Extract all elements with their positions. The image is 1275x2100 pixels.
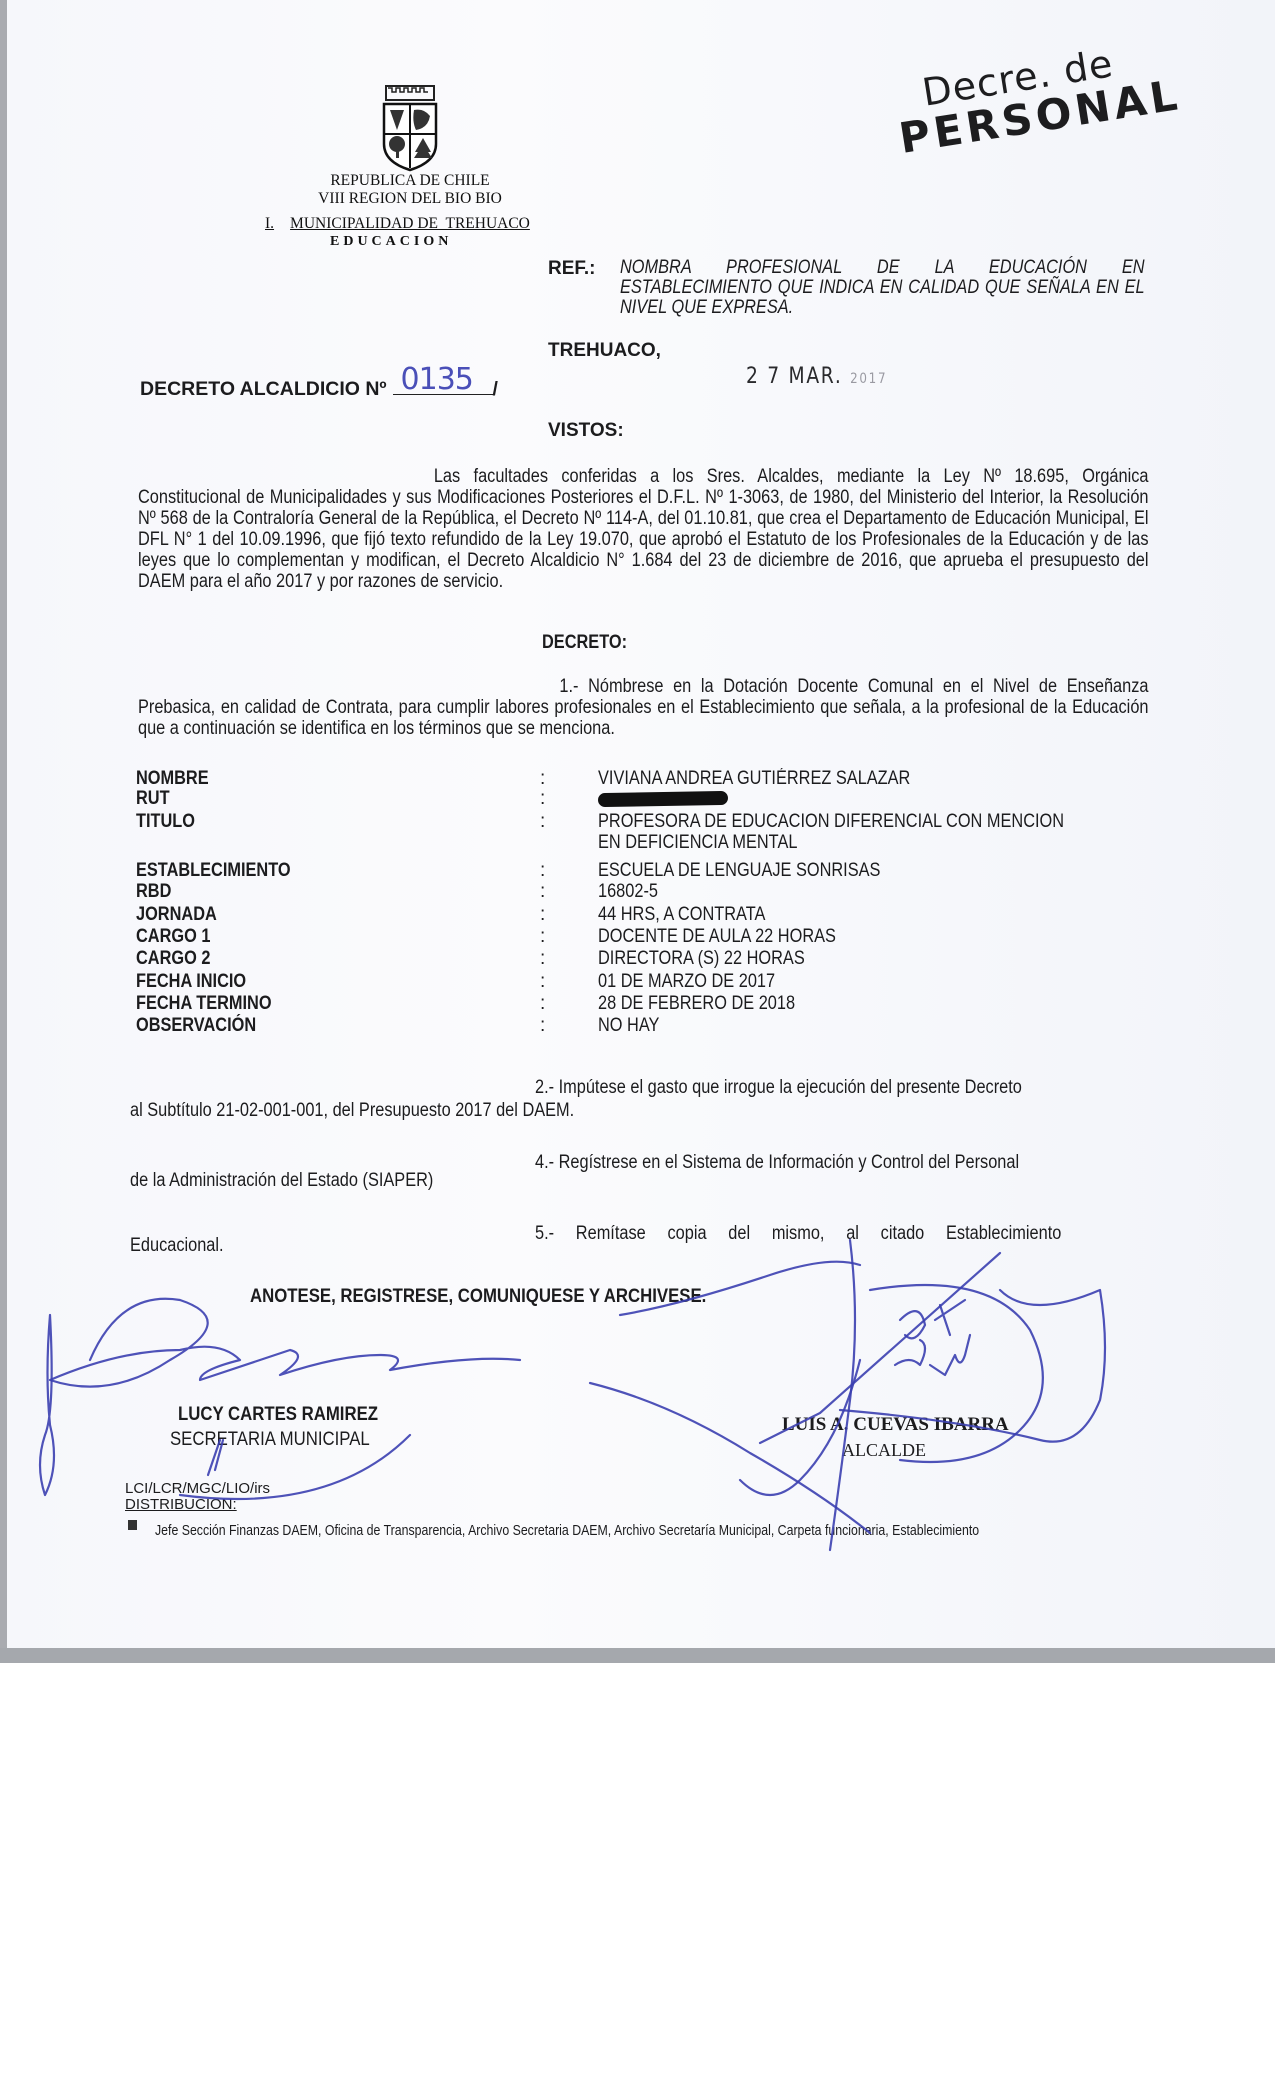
decreto-item-2-line-1: 2.- Impútese el gasto que irrogue la eje… [535, 1077, 1022, 1099]
decree-number-label: DECRETO ALCALDICIO Nº [140, 378, 387, 400]
field-colon: : [540, 811, 545, 833]
closing-statement: ANOTESE, REGISTRESE, COMUNIQUESE Y ARCHI… [250, 1285, 706, 1308]
ref-text: NOMBRA PROFESIONAL DE LA EDUCACIÓN EN ES… [620, 258, 1145, 318]
decreto-item-4-line-1: 4.- Regístrese en el Sistema de Informac… [535, 1152, 1019, 1174]
field-label: CARGO 2 [136, 948, 210, 970]
date-stamp-day-month: 2 7 MAR. [746, 364, 842, 389]
header-region: VIII REGION DEL BIO BIO [310, 190, 510, 208]
field-value: 28 DE FEBRERO DE 2018 [598, 993, 795, 1015]
field-row-rut: RUT: [136, 788, 1156, 810]
field-label: FECHA TERMINO [136, 993, 272, 1015]
field-colon: : [540, 971, 545, 993]
decree-number: DECRETO ALCALDICIO Nº0135/ [140, 376, 498, 401]
field-row-jornada: JORNADA:44 HRS, A CONTRATA [136, 904, 1156, 926]
field-row-nombre: NOMBRE:VIVIANA ANDREA GUTIÉRREZ SALAZAR [136, 768, 1156, 790]
distribution-text: Jefe Sección Finanzas DAEM, Oficina de T… [155, 1523, 1141, 1539]
field-label: ESTABLECIMIENTO [136, 860, 291, 882]
signatory-1-name: LUCY CARTES RAMIREZ [178, 1403, 378, 1426]
field-colon: : [540, 926, 545, 948]
field-row-cargo-1: CARGO 1:DOCENTE DE AULA 22 HORAS [136, 926, 1156, 948]
decreto-item-2-line-2: al Subtítulo 21-02-001-001, del Presupue… [130, 1100, 574, 1122]
signatory-2-name: LUIS A. CUEVAS IBARRA [782, 1414, 1009, 1436]
decreto-item-1: 1.- Nómbrese en la Dotación Docente Comu… [138, 676, 1149, 739]
field-row-establecimiento: ESTABLECIMIENTO:ESCUELA DE LENGUAJE SONR… [136, 860, 1156, 882]
field-colon: : [540, 948, 545, 970]
field-row-fecha-inicio: FECHA INICIO:01 DE MARZO DE 2017 [136, 971, 1156, 993]
decree-number-line: 0135 [393, 376, 493, 395]
field-label: FECHA INICIO [136, 971, 246, 993]
municipality-name: MUNICIPALIDAD DE TREHUACO [290, 215, 530, 232]
field-colon: : [540, 881, 545, 903]
field-value: DIRECTORA (S) 22 HORAS [598, 948, 805, 970]
field-value: DOCENTE DE AULA 22 HORAS [598, 926, 836, 948]
field-row-fecha-termino: FECHA TERMINO:28 DE FEBRERO DE 2018 [136, 993, 1156, 1015]
field-value: 16802-5 [598, 881, 658, 903]
field-label: OBSERVACIÓN [136, 1015, 256, 1037]
field-value: 01 DE MARZO DE 2017 [598, 971, 775, 993]
vistos-heading: VISTOS: [548, 420, 624, 442]
field-row-rbd: RBD:16802-5 [136, 881, 1156, 903]
field-colon: : [540, 788, 545, 810]
field-colon: : [540, 1015, 545, 1037]
header-department: EDUCACION [330, 234, 452, 250]
field-value: PROFESORA DE EDUCACION DIFERENCIAL CON M… [598, 811, 1064, 833]
signatory-2-role: ALCALDE [842, 1440, 926, 1461]
municipality-prefix: I. [265, 215, 274, 232]
date-stamp: 2 7 MAR. 2017 [746, 364, 887, 389]
field-label: CARGO 1 [136, 926, 210, 948]
distribution-heading: DISTRIBUCION: [125, 1496, 237, 1513]
field-row-titulo: TITULO:PROFESORA DE EDUCACION DIFERENCIA… [136, 811, 1156, 833]
scan-edge-left [0, 0, 7, 1660]
place-label: TREHUACO, [548, 340, 661, 362]
header-country: REPUBLICA DE CHILE [310, 172, 510, 190]
scan-edge-bottom [0, 1648, 1275, 1663]
field-value: NO HAY [598, 1015, 659, 1037]
field-label: JORNADA [136, 904, 217, 926]
redacted-rut [598, 791, 728, 807]
decree-number-handwritten: 0135 [401, 362, 473, 397]
field-row-cargo-2: CARGO 2:DIRECTORA (S) 22 HORAS [136, 948, 1156, 970]
field-colon: : [540, 860, 545, 882]
decreto-item-1-text: 1.- Nómbrese en la Dotación Docente Comu… [138, 676, 1149, 739]
field-label: RBD [136, 881, 171, 903]
field-colon: : [540, 993, 545, 1015]
header-municipality: I.MUNICIPALIDAD DE TREHUACO [265, 215, 530, 233]
field-label: NOMBRE [136, 768, 209, 790]
decreto-item-5-line-1: 5.- Remítase copia del mismo, al citado … [535, 1223, 1118, 1245]
field-value: ESCUELA DE LENGUAJE SONRISAS [598, 860, 880, 882]
vistos-paragraph: Las facultades conferidas a los Sres. Al… [138, 466, 1149, 592]
distribution-bullet-icon [128, 1520, 137, 1530]
field-row-observacion: OBSERVACIÓN:NO HAY [136, 1015, 1156, 1037]
decreto-item-4-line-2: de la Administración del Estado (SIAPER) [130, 1170, 433, 1192]
decreto-heading: DECRETO: [542, 632, 627, 654]
field-colon: : [540, 904, 545, 926]
footer-initials: LCI/LCR/MGC/LIO/irs [125, 1480, 270, 1497]
field-value-continued: EN DEFICIENCIA MENTAL [598, 832, 797, 854]
field-value: 44 HRS, A CONTRATA [598, 904, 765, 926]
decree-number-suffix: / [493, 378, 498, 400]
decreto-item-5-line-2: Educacional. [130, 1235, 224, 1257]
municipal-crest-icon [378, 84, 442, 172]
field-colon: : [540, 768, 545, 790]
field-label: TITULO [136, 811, 195, 833]
date-stamp-year: 2017 [850, 371, 887, 387]
field-label: RUT [136, 788, 170, 810]
field-value: VIVIANA ANDREA GUTIÉRREZ SALAZAR [598, 768, 910, 790]
signatory-1-role: SECRETARIA MUNICIPAL [170, 1428, 370, 1451]
vistos-text: Las facultades conferidas a los Sres. Al… [138, 466, 1149, 592]
ref-label: REF.: [548, 258, 596, 280]
